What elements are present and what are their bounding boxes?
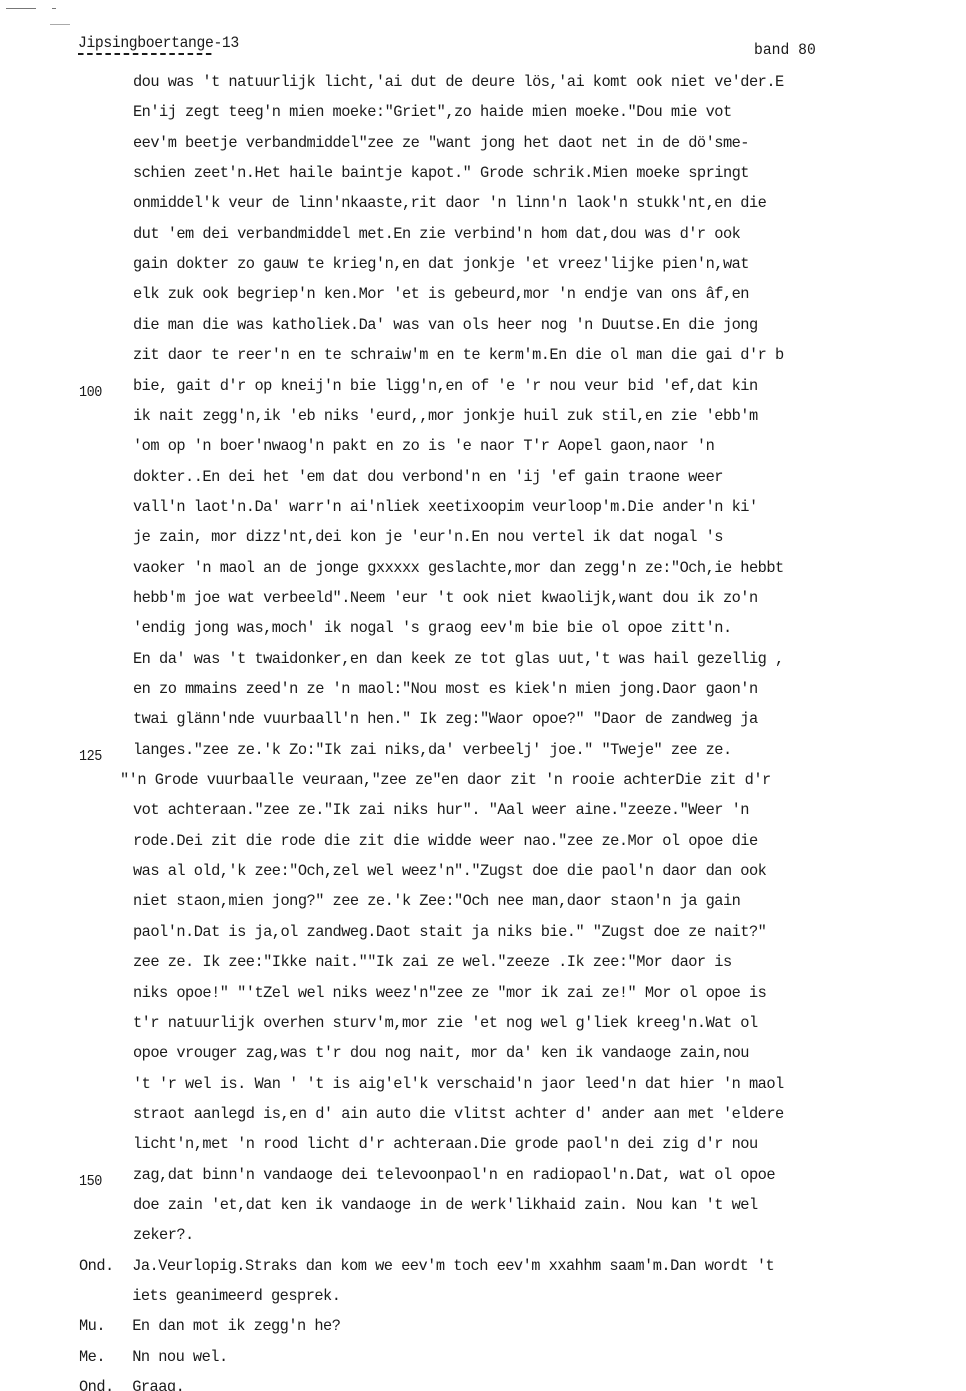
dialogue-line: Ond.Ja.Veurlopig.Straks dan kom we eev'm… (79, 1256, 774, 1276)
transcript-line: 't 'r wel is. Wan ' 't is aig'el'k versc… (133, 1074, 784, 1094)
transcript-line: En'ij zegt teeg'n mien moeke:"Griet",zo … (133, 102, 732, 122)
speaker-label: Ond. (79, 1256, 132, 1276)
speaker-label: Mu. (79, 1316, 132, 1336)
transcript-line: langes."zee ze.'k Zo:"Ik zai niks,da' ve… (133, 740, 732, 760)
scan-speck (50, 24, 70, 25)
transcript-line: onmiddel'k veur de linn'nkaaste,rit daor… (133, 193, 766, 213)
transcript-line: ik nait zegg'n,ik 'eb niks 'eurd,,mor jo… (133, 406, 758, 426)
transcript-line: elk zuk ook begriep'n ken.Mor 'et is geb… (133, 284, 749, 304)
dialogue-line: Mu.En dan mot ik zegg'n he? (79, 1316, 340, 1336)
transcript-line: t'r natuurlijk overhen sturv'm,mor zie '… (133, 1013, 758, 1033)
transcript-line: en zo mmains zeed'n ze 'n maol:"Nou most… (133, 679, 758, 699)
transcript-line: dou was 't natuurlijk licht,'ai dut de d… (133, 72, 784, 92)
transcript-line: "'n Grode vuurbaalle veuraan,"zee ze"en … (120, 770, 771, 790)
transcript-line: niks opoe!" "'tZel wel niks weez'n"zee z… (133, 983, 766, 1003)
transcript-line: rode.Dei zit die rode die zit die widde … (133, 831, 758, 851)
transcript-line: zit daor te reer'n en te schraiw'm en te… (133, 345, 784, 365)
transcript-line: doe zain 'et,dat ken ik vandaoge in de w… (133, 1195, 758, 1215)
transcript-line: zee ze. Ik zee:"Ikke nait.""Ik zai ze we… (133, 952, 732, 972)
dialogue-text: iets geanimeerd gesprek. (132, 1287, 340, 1305)
transcript-line: die man die was katholiek.Da' was van ol… (133, 315, 758, 335)
transcript-line: was al old,'k zee:"Och,zel wel weez'n"."… (133, 861, 766, 881)
dialogue-line: Ond.Graag. (79, 1377, 184, 1391)
transcript-line: straot aanlegd is,en d' ain auto die vli… (133, 1104, 784, 1124)
transcript-line: hebb'm joe wat verbeeld".Neem 'eur 't oo… (133, 588, 758, 608)
transcript-line: zeker?. (133, 1225, 194, 1245)
transcript-page: Jipsingboertange-13 band 80 dou was 't n… (0, 0, 966, 1391)
line-number: 125 (79, 748, 102, 765)
document-title: Jipsingboertange-13 (78, 34, 239, 52)
transcript-line: dut 'em dei verbandmiddel met.En zie ver… (133, 224, 740, 244)
transcript-line: je zain, mor dizz'nt,dei kon je 'eur'n.E… (133, 527, 723, 547)
transcript-line: vall'n laot'n.Da' warr'n ai'nliek xeetix… (133, 497, 758, 517)
transcript-line: vaoker 'n maol an de jonge gxxxxx geslac… (133, 558, 784, 578)
transcript-line: zag,dat binn'n vandaoge dei televoonpaol… (133, 1165, 775, 1185)
transcript-line: niet staon,mien jong?" zee ze.'k Zee:"Oc… (133, 891, 740, 911)
transcript-line: licht'n,met 'n rood licht d'r achteraan.… (133, 1134, 758, 1154)
dialogue-text: Ja.Veurlopig.Straks dan kom we eev'm toc… (132, 1257, 774, 1275)
line-number: 150 (79, 1173, 102, 1190)
dialogue-text: Nn nou wel. (132, 1348, 227, 1366)
transcript-line: paol'n.Dat is ja,ol zandweg.Daot stait j… (133, 922, 766, 942)
transcript-line: En da' was 't twaidonker,en dan keek ze … (133, 649, 784, 669)
transcript-line: opoe vrouger zag,was t'r dou nog nait, m… (133, 1043, 749, 1063)
speaker-label: Me. (79, 1347, 132, 1367)
transcript-line: bie, gait d'r op kneij'n bie ligg'n,en o… (133, 376, 758, 396)
dialogue-line: iets geanimeerd gesprek. (79, 1286, 340, 1306)
transcript-line: 'endig jong was,moch' ik nogal 's graog … (133, 618, 732, 638)
band-number: band 80 (754, 41, 816, 59)
transcript-line: gain dokter zo gauw te krieg'n,en dat jo… (133, 254, 749, 274)
transcript-line: vot achteraan."zee ze."Ik zai niks hur".… (133, 800, 749, 820)
line-number: 100 (79, 384, 102, 401)
transcript-line: dokter..En dei het 'em dat dou verbond'n… (133, 467, 723, 487)
transcript-line: 'om op 'n boer'nwaog'n pakt en zo is 'e … (133, 436, 714, 456)
dialogue-text: En dan mot ik zegg'n he? (132, 1317, 340, 1335)
transcript-line: schien zeet'n.Het haile baintje kapot." … (133, 163, 749, 183)
scan-speck (52, 8, 56, 9)
transcript-line: twai glänn'nde vuurbaall'n hen." Ik zeg:… (133, 709, 758, 729)
dialogue-text: Graag. (132, 1378, 184, 1391)
transcript-line: eev'm beetje verbandmiddel"zee ze "want … (133, 133, 749, 153)
scan-speck (6, 8, 36, 9)
dialogue-line: Me.Nn nou wel. (79, 1347, 228, 1367)
speaker-label: Ond. (79, 1377, 132, 1391)
